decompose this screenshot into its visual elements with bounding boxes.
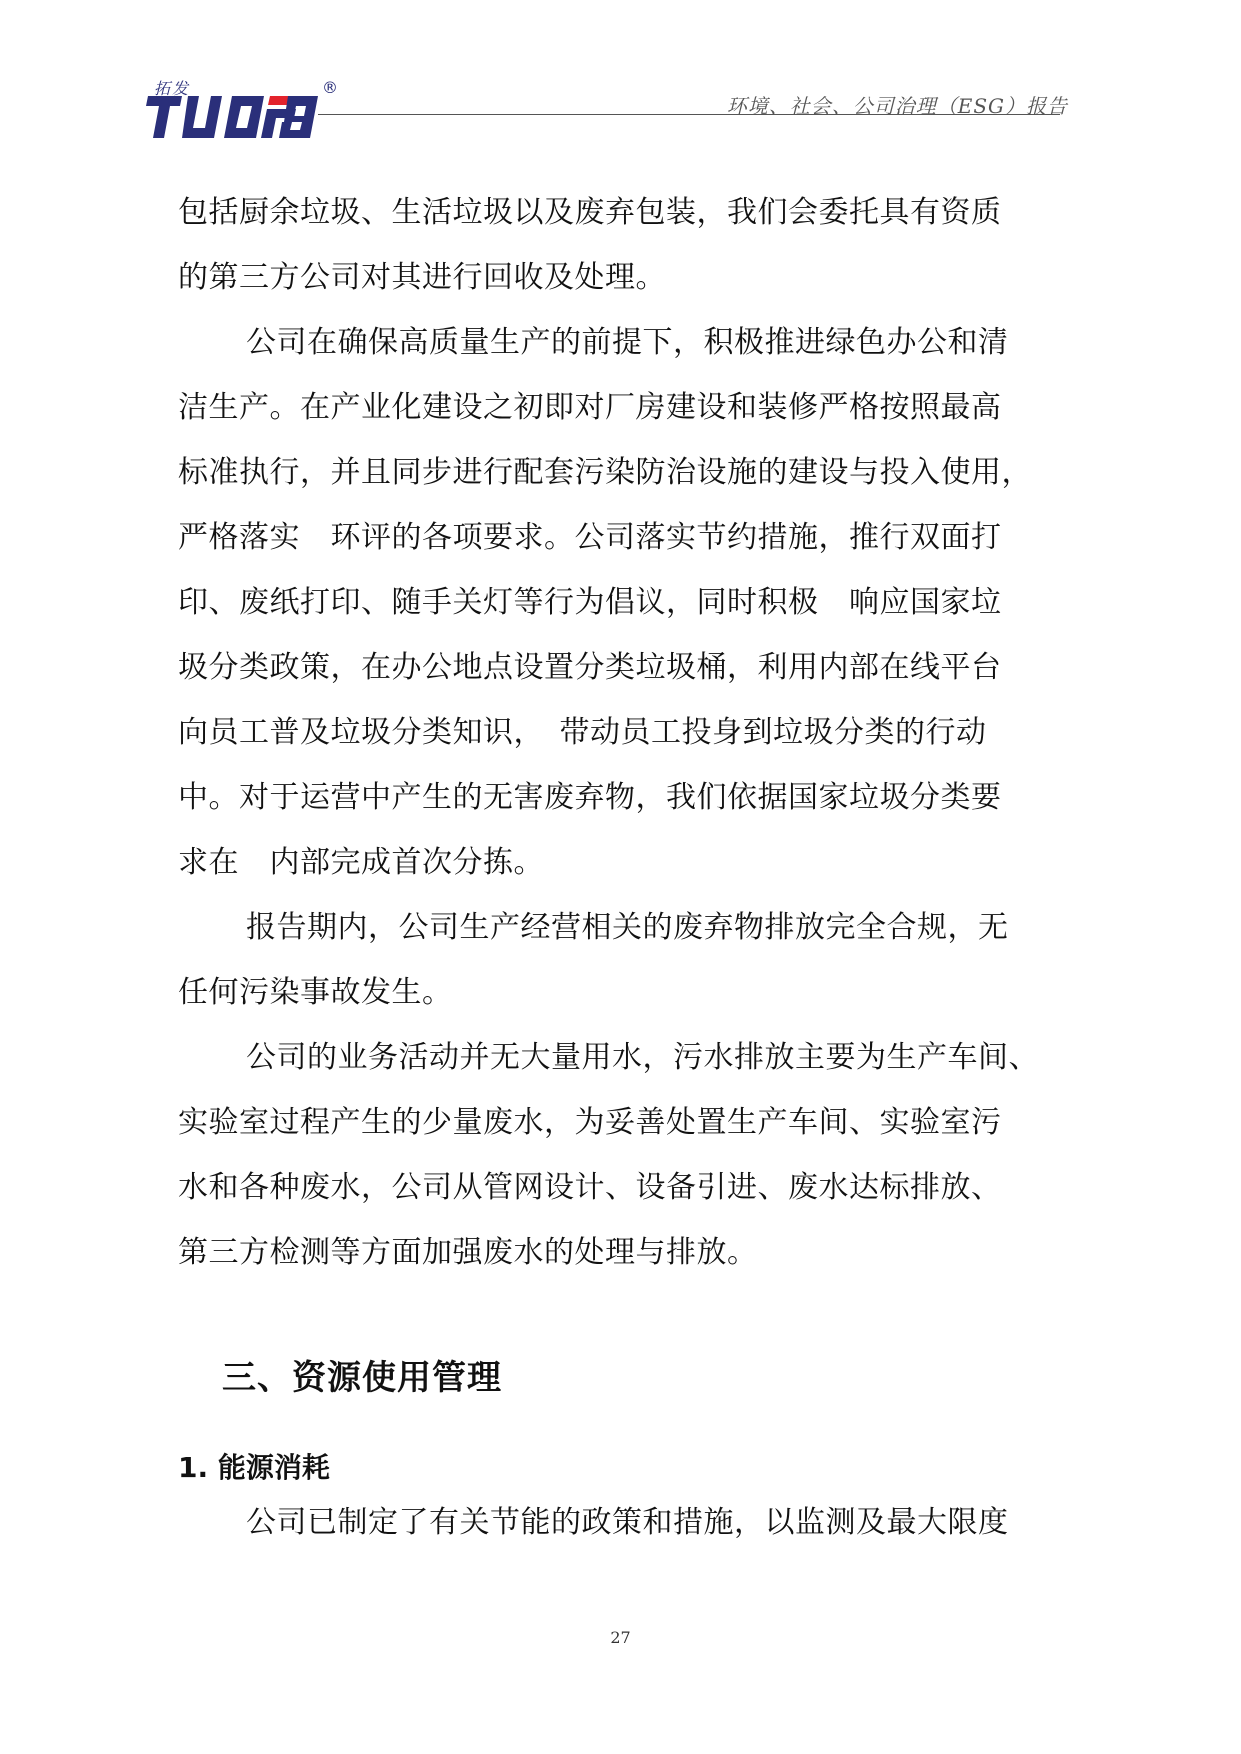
section-heading: 三、资源使用管理 [222, 1350, 502, 1399]
paragraph-2: 公司在确保高质量生产的前提下，积极推进绿色办公和清 洁生产。在产业化建设之初即对… [178, 310, 1078, 895]
text-line: 标准执行，并且同步进行配套污染防治设施的建设与投入使用， [178, 440, 1078, 505]
energy-paragraph: 公司已制定了有关节能的政策和措施，以监测及最大限度 [178, 1490, 1078, 1555]
text-line: 印、废纸打印、随手关灯等行为倡议，同时积极 响应国家垃 [178, 570, 1078, 635]
text-line: 严格落实 环评的各项要求。公司落实节约措施，推行双面打 [178, 505, 1078, 570]
text-line: 的第三方公司对其进行回收及处理。 [178, 245, 1078, 310]
text-line: 实验室过程产生的少量废水，为妥善处置生产车间、实验室污 [178, 1090, 1078, 1155]
text-line: 水和各种废水，公司从管网设计、设备引进、废水达标排放、 [178, 1155, 1078, 1220]
page-number: 27 [0, 1628, 1241, 1647]
page-header: 拓发 ® 环境、社会、公司治理（ESG）报告 [0, 0, 1241, 150]
company-logo: 拓发 [146, 76, 346, 146]
paragraph-3: 报告期内，公司生产经营相关的废弃物排放完全合规，无 任何污染事故发生。 [178, 895, 1078, 1025]
tuofa-wordmark-icon [146, 92, 318, 142]
text-line: 任何污染事故发生。 [178, 960, 1078, 1025]
text-line: 公司的业务活动并无大量用水，污水排放主要为生产车间、 [178, 1025, 1078, 1090]
text-line: 公司在确保高质量生产的前提下，积极推进绿色办公和清 [178, 310, 1078, 375]
text-line: 圾分类政策，在办公地点设置分类垃圾桶，利用内部在线平台 [178, 635, 1078, 700]
text-line: 洁生产。在产业化建设之初即对厂房建设和装修严格按照最高 [178, 375, 1078, 440]
report-title: 环境、社会、公司治理（ESG）报告 [727, 90, 1068, 119]
paragraph-1: 包括厨余垃圾、生活垃圾以及废弃包装，我们会委托具有资质 的第三方公司对其进行回收… [178, 180, 1078, 310]
text-line: 包括厨余垃圾、生活垃圾以及废弃包装，我们会委托具有资质 [178, 180, 1078, 245]
text-line: 向员工普及垃圾分类知识， 带动员工投身到垃圾分类的行动 [178, 700, 1078, 765]
paragraph-4: 公司的业务活动并无大量用水，污水排放主要为生产车间、 实验室过程产生的少量废水，… [178, 1025, 1078, 1285]
text-line: 公司已制定了有关节能的政策和措施，以监测及最大限度 [178, 1490, 1078, 1555]
text-line: 报告期内，公司生产经营相关的废弃物排放完全合规，无 [178, 895, 1078, 960]
body-content: 包括厨余垃圾、生活垃圾以及废弃包装，我们会委托具有资质 的第三方公司对其进行回收… [178, 180, 1078, 1285]
text-line: 求在 内部完成首次分拣。 [178, 830, 1078, 895]
subsection-heading: 1. 能源消耗 [178, 1446, 330, 1486]
text-line: 第三方检测等方面加强废水的处理与排放。 [178, 1220, 1078, 1285]
text-line: 中。对于运营中产生的无害废弃物，我们依据国家垃圾分类要 [178, 765, 1078, 830]
paragraph-5: 公司已制定了有关节能的政策和措施，以监测及最大限度 [178, 1490, 1078, 1555]
registered-trademark-icon: ® [322, 78, 338, 97]
